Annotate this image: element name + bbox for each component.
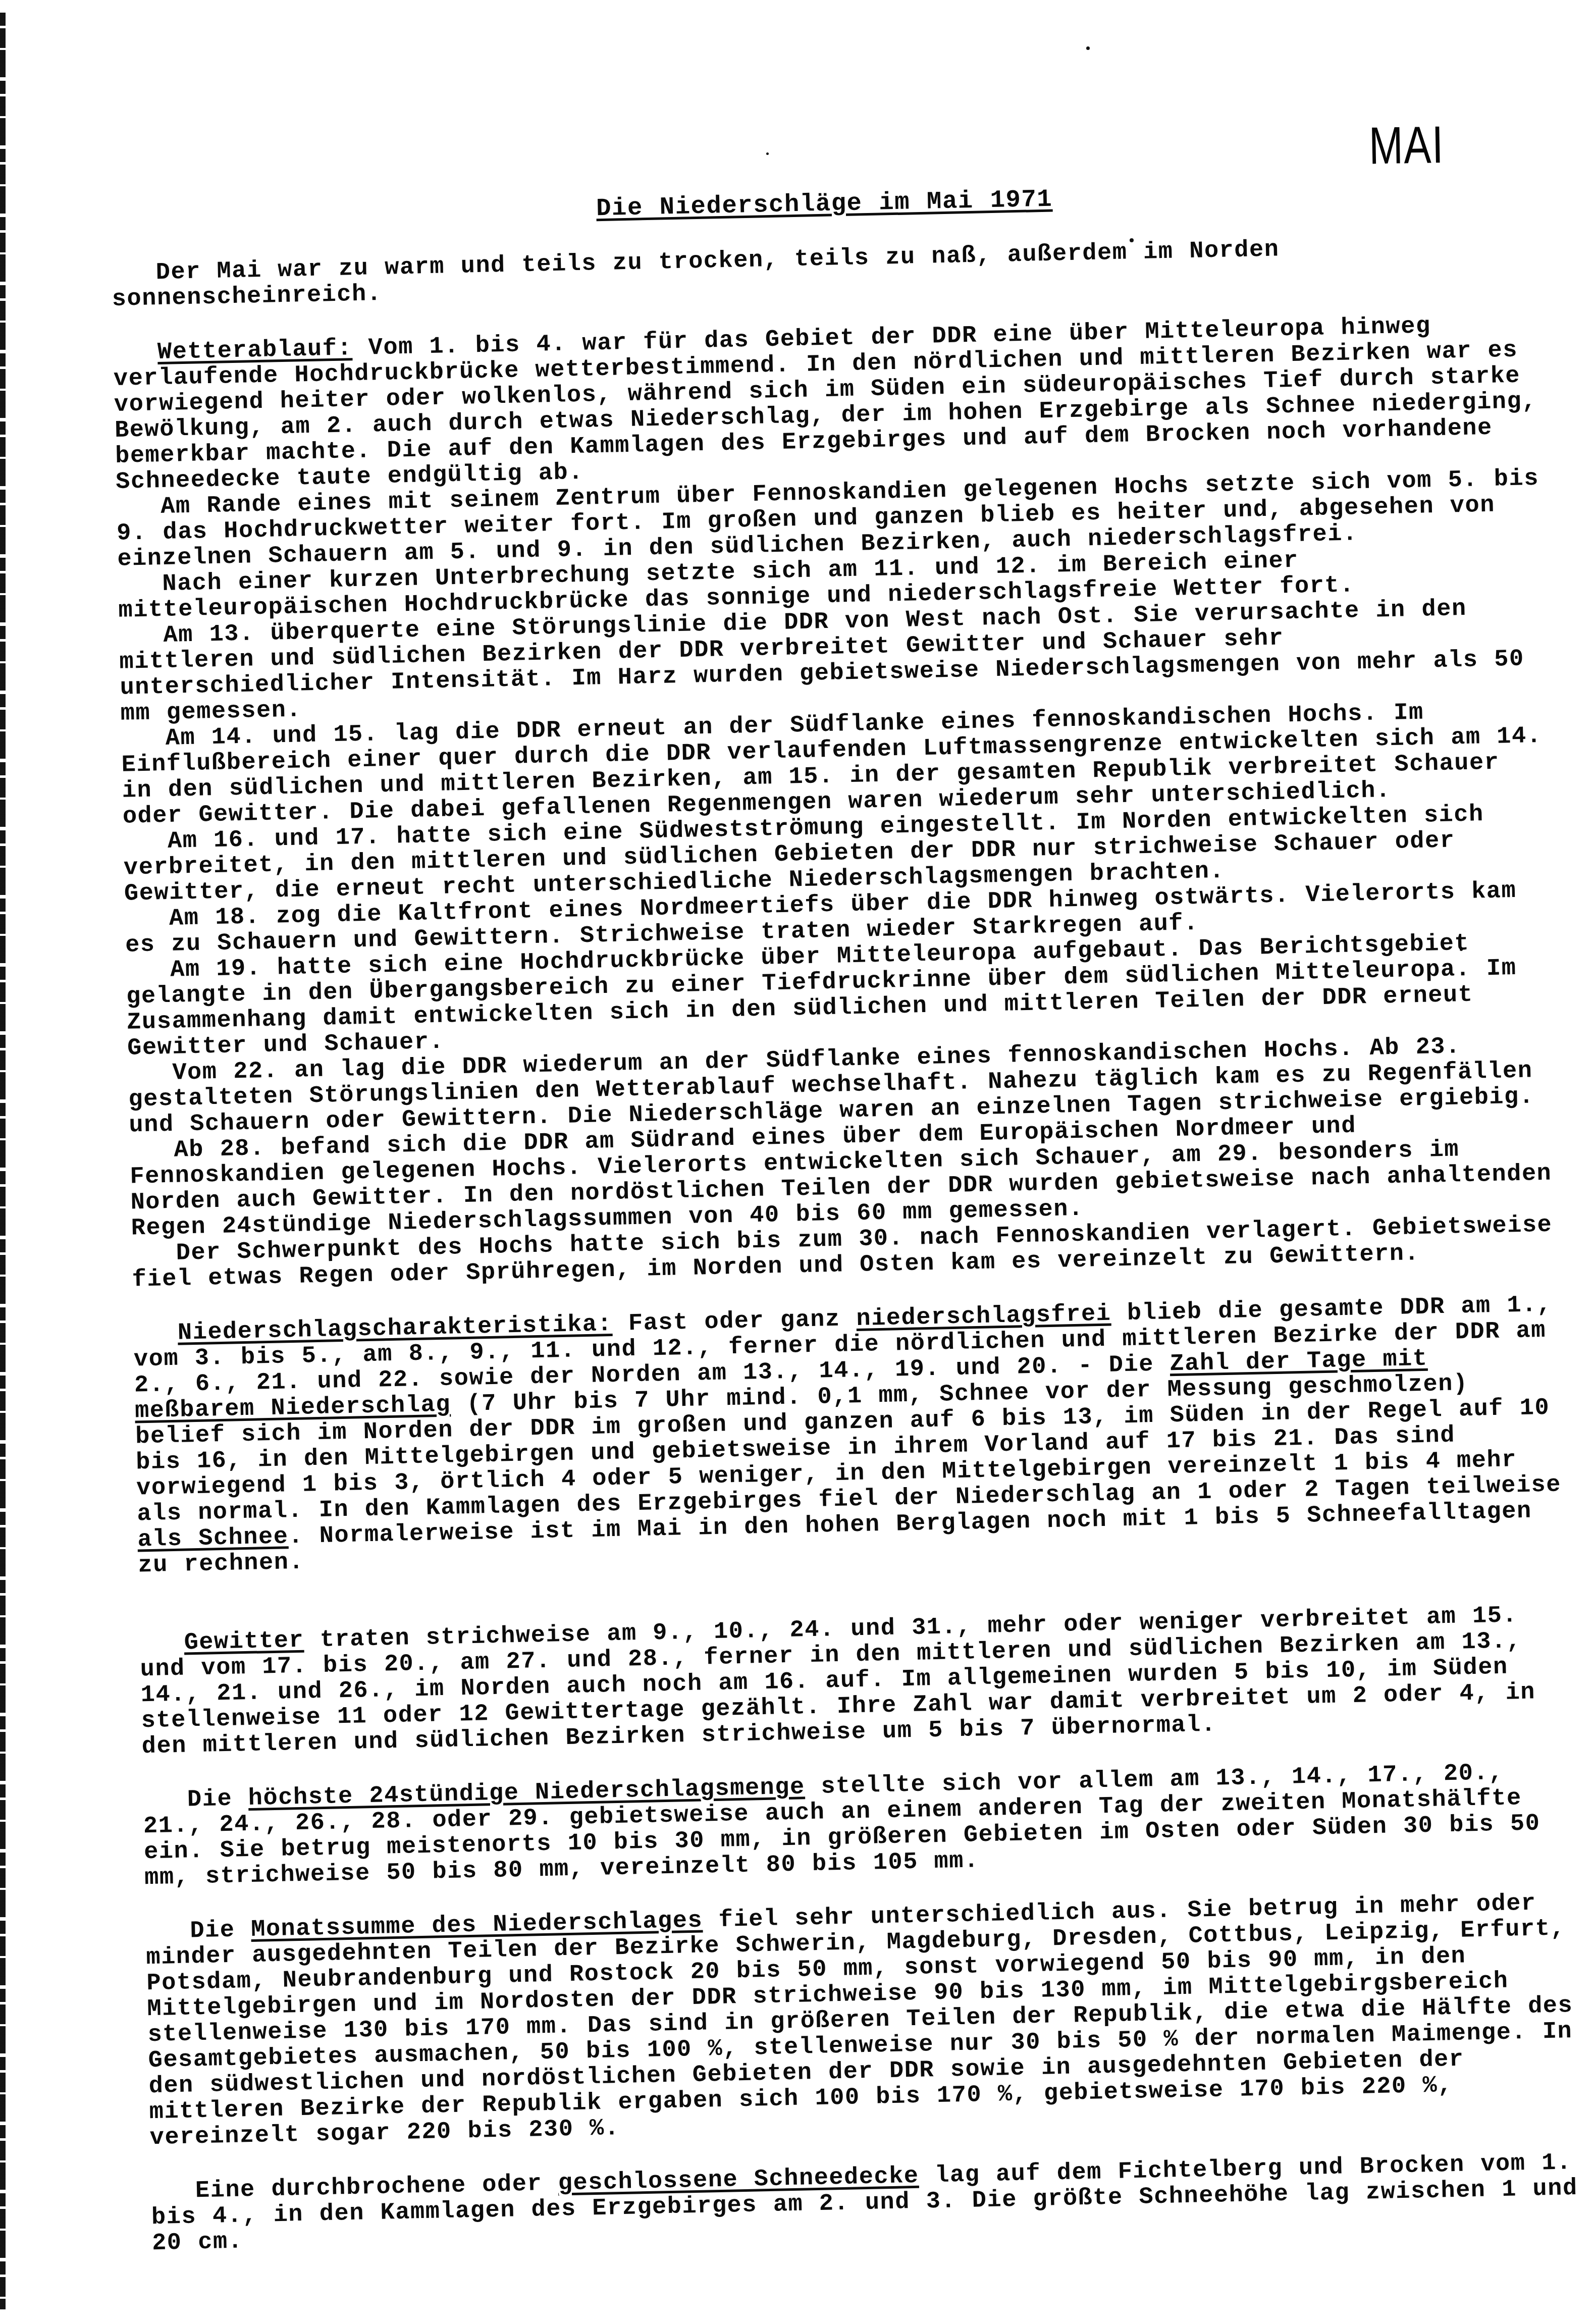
page-title-text: Die Niederschläge im Mai 1971 (596, 185, 1053, 224)
scan-edge-artifact (0, 13, 6, 2309)
paragraph: Der Mai war zu warm und teils zu trocken… (111, 232, 1540, 312)
scanned-page: MAI Die Niederschläge im Mai 1971 Der Ma… (0, 0, 1595, 2324)
paragraph: Die Monatssumme des Niederschlages fiel … (145, 1890, 1578, 2151)
scan-speckle (766, 152, 769, 155)
text-segment: Die (187, 1785, 249, 1813)
text-segment: Die (190, 1917, 251, 1944)
text-segment: Der Mai war zu warm und teils zu trocken… (112, 236, 1280, 313)
paragraph: Gewitter traten strichweise am 9., 10., … (139, 1602, 1570, 1760)
text-segment: traten strichweise am 9., 10., 24. und 3… (140, 1602, 1535, 1760)
scan-speckle (1086, 46, 1090, 50)
underlined-phrase: als Schnee (137, 1523, 289, 1553)
paragraph: Niederschlagscharakteristika: Fast oder … (133, 1292, 1567, 1578)
page-label: MAI (1368, 115, 1445, 177)
paragraph: Die höchste 24stündige Niederschlagsmeng… (143, 1759, 1573, 1891)
paragraph: Wetterablauf: Vom 1. bis 4. war für das … (113, 311, 1544, 495)
text-segment: stellte sich vor allem am 13., 14., 17.,… (143, 1760, 1540, 1891)
document-body: Der Mai war zu warm und teils zu trocken… (111, 232, 1580, 2256)
page-title: Die Niederschläge im Mai 1971 (110, 177, 1538, 232)
underlined-phrase: Gewitter (184, 1627, 304, 1657)
paragraph: Eine durchbrochene oder geschlossene Sch… (151, 2150, 1581, 2256)
document-content: Die Niederschläge im Mai 1971 Der Mai wa… (110, 177, 1580, 2256)
